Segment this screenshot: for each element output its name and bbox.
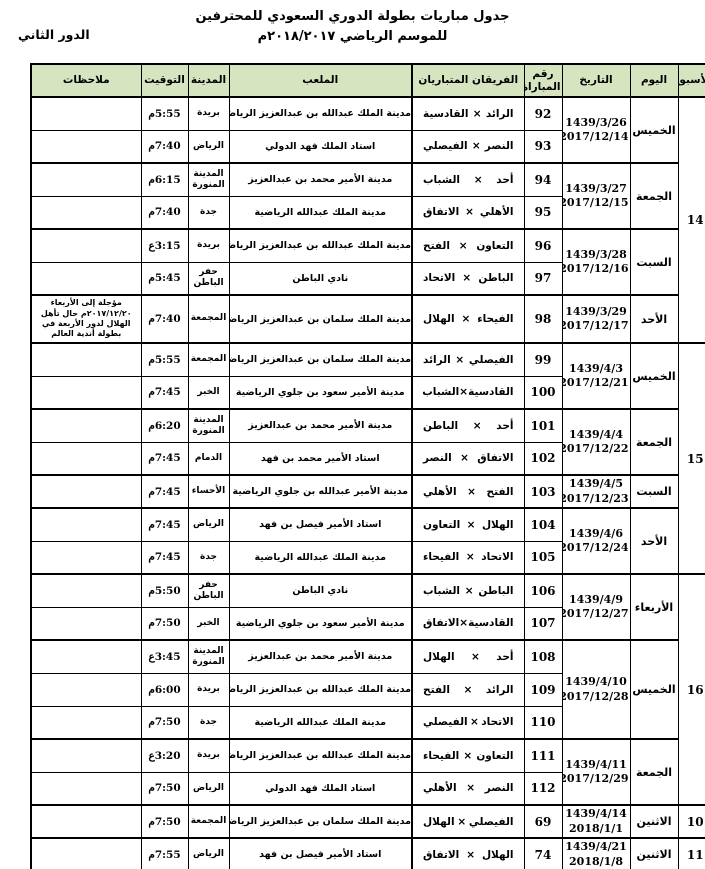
time-cell: 6:20م <box>141 409 188 442</box>
vs-symbol: × <box>465 206 474 218</box>
time-cell: 3:15ع <box>141 229 188 262</box>
teams-pair: الرائد×الفتح <box>414 684 523 696</box>
time-cell: 7:45م <box>141 475 188 508</box>
stadium-cell: استاد الأمير فيصل بن فهد <box>229 838 412 869</box>
gregorian-date: 2017/12/23 <box>564 492 629 506</box>
date-cell: 1439/4/32017/12/21 <box>562 343 630 409</box>
time-cell: 5:55م <box>141 97 188 130</box>
stadium-cell: مدينة الأمير محمد بن عبدالعزيز <box>229 640 412 673</box>
teams-pair: الفيصلي×الهلال <box>414 816 523 828</box>
away-team: الهلال <box>423 816 455 828</box>
home-team: القادسية <box>468 617 513 629</box>
gregorian-date: 2017/12/17 <box>564 319 629 333</box>
time-cell: 7:50م <box>141 772 188 805</box>
city-cell: الخبر <box>188 376 229 409</box>
away-team: الرائد <box>423 354 451 366</box>
stadium-cell: مدينة الملك عبدالله الرياضية <box>229 196 412 229</box>
home-team: القادسية <box>468 386 513 398</box>
time-cell: 5:50م <box>141 574 188 607</box>
date-cell: 1439/4/52017/12/23 <box>562 475 630 508</box>
home-team: الفيحاء <box>477 313 513 325</box>
day-cell: الجمعة <box>630 409 678 475</box>
hijri-date: 1439/4/4 <box>564 428 629 442</box>
teams-cell: الأهلي×الاتفاق <box>412 196 524 229</box>
match-number-cell: 107 <box>524 607 562 640</box>
gregorian-date: 2017/12/28 <box>564 690 629 704</box>
teams-cell: النصر×الأهلي <box>412 772 524 805</box>
time-cell: 7:40م <box>141 295 188 343</box>
day-cell: الأحد <box>630 295 678 343</box>
teams-pair: الأهلي×الاتفاق <box>414 206 523 218</box>
stadium-cell: نادي الباطن <box>229 262 412 295</box>
teams-pair: أحد×الشباب <box>414 174 523 186</box>
stadium-cell: مدينة الملك سلمان بن عبدالعزيز الرياضية <box>229 805 412 838</box>
notes-cell <box>31 838 141 869</box>
notes-cell <box>31 376 141 409</box>
date-cell: 1439/3/282017/12/16 <box>562 229 630 295</box>
notes-cell <box>31 574 141 607</box>
teams-cell: الرائد×القادسية <box>412 97 524 130</box>
match-number-cell: 74 <box>524 838 562 869</box>
match-number-cell: 93 <box>524 130 562 163</box>
notes-cell <box>31 262 141 295</box>
hijri-date: 1439/4/11 <box>564 758 629 772</box>
hijri-date: 1439/3/28 <box>564 248 629 262</box>
stadium-cell: استاد الملك فهد الدولي <box>229 130 412 163</box>
teams-pair: القادسية×الشباب <box>414 386 523 398</box>
gregorian-date: 2018/1/8 <box>564 855 629 869</box>
teams-cell: أحد×الشباب <box>412 163 524 196</box>
time-cell: 7:40م <box>141 196 188 229</box>
match-number-cell: 110 <box>524 706 562 739</box>
teams-cell: القادسية×الشباب <box>412 376 524 409</box>
stadium-cell: نادي الباطن <box>229 574 412 607</box>
match-row: 15الخميس1439/4/32017/12/2199الفيصلي×الرا… <box>31 343 705 376</box>
stadium-cell: مدينة الأمير سعود بن جلوي الرياضية <box>229 607 412 640</box>
match-number-cell: 99 <box>524 343 562 376</box>
hijri-date: 1439/4/3 <box>564 362 629 376</box>
title-line-2: للموسم الرياضي ٢٠١٨/٢٠١٧م <box>0 27 705 47</box>
time-cell: 7:55م <box>141 838 188 869</box>
city-cell: الرياض <box>188 772 229 805</box>
time-cell: 3:45ع <box>141 640 188 673</box>
home-team: الاتفاق <box>477 452 513 464</box>
home-team: الاتحاد <box>481 551 513 563</box>
teams-pair: الباطن×الشباب <box>414 585 523 597</box>
away-team: الأهلي <box>423 782 457 794</box>
teams-cell: الاتحاد×الفيصلي <box>412 706 524 739</box>
stadium-cell: مدينة الأمير عبدالله بن جلوي الرياضية <box>229 475 412 508</box>
day-cell: الأحد <box>630 508 678 574</box>
time-cell: 7:50م <box>141 607 188 640</box>
city-cell: المدينة المنورة <box>188 163 229 196</box>
match-row: السبت1439/3/282017/12/1696التعاون×الفتحم… <box>31 229 705 262</box>
city-cell: المدينة المنورة <box>188 640 229 673</box>
notes-cell <box>31 130 141 163</box>
notes-cell <box>31 706 141 739</box>
vs-symbol: × <box>466 849 475 861</box>
match-number-cell: 109 <box>524 673 562 706</box>
day-cell: الخميس <box>630 640 678 739</box>
teams-pair: الهلال×التعاون <box>414 519 523 531</box>
hijri-date: 1439/4/21 <box>564 840 629 854</box>
header-time: التوقيت <box>141 64 188 97</box>
teams-pair: النصر×الأهلي <box>414 782 523 794</box>
home-team: الرائد <box>486 684 514 696</box>
teams-pair: النصر×الفيصلي <box>414 140 523 152</box>
gregorian-date: 2017/12/22 <box>564 442 629 456</box>
home-team: الباطن <box>478 272 513 284</box>
date-cell: 1439/4/102017/12/28 <box>562 640 630 739</box>
header-row: الأسبوع اليوم التاريخ رقم المباراة الفري… <box>31 64 705 97</box>
week-cell: 11 <box>678 838 705 869</box>
teams-pair: الفيحاء×الهلال <box>414 313 523 325</box>
date-cell: 1439/4/112017/12/29 <box>562 739 630 805</box>
match-row: الجمعة1439/4/112017/12/29111التعاون×الفي… <box>31 739 705 772</box>
date-cell: 1439/3/262017/12/14 <box>562 97 630 163</box>
notes-cell <box>31 475 141 508</box>
gregorian-date: 2017/12/15 <box>564 196 629 210</box>
teams-pair: التعاون×الفيحاء <box>414 750 523 762</box>
away-team: الاتفاق <box>423 849 459 861</box>
time-cell: 7:45م <box>141 541 188 574</box>
round-label: الدور الثاني <box>18 27 90 42</box>
teams-cell: الباطن×الشباب <box>412 574 524 607</box>
city-cell: المجمعة <box>188 343 229 376</box>
hijri-date: 1439/3/27 <box>564 182 629 196</box>
teams-pair: الاتحاد×الفيصلي <box>414 716 523 728</box>
match-number-cell: 101 <box>524 409 562 442</box>
home-team: الباطن <box>478 585 513 597</box>
teams-cell: الاتفاق×النصر <box>412 442 524 475</box>
time-cell: 5:55م <box>141 343 188 376</box>
home-team: الفيصلي <box>469 354 514 366</box>
home-team: التعاون <box>476 240 513 252</box>
match-row: 16الأربعاء1439/4/92017/12/27106الباطن×ال… <box>31 574 705 607</box>
teams-cell: الفيصلي×الهلال <box>412 805 524 838</box>
vs-symbol: × <box>459 386 468 398</box>
match-number-cell: 98 <box>524 295 562 343</box>
time-cell: 7:45م <box>141 376 188 409</box>
notes-cell <box>31 229 141 262</box>
date-cell: 1439/4/42017/12/22 <box>562 409 630 475</box>
vs-symbol: × <box>460 452 469 464</box>
stadium-cell: مدينة الملك عبدالله بن عبدالعزيز الرياضي… <box>229 739 412 772</box>
home-team: الفيصلي <box>469 816 514 828</box>
match-number-cell: 97 <box>524 262 562 295</box>
time-cell: 7:50م <box>141 706 188 739</box>
teams-cell: الهلال×الاتفاق <box>412 838 524 869</box>
time-cell: 7:40م <box>141 130 188 163</box>
teams-pair: القادسية×الاتفاق <box>414 617 523 629</box>
match-row: الأحد1439/3/292017/12/1798الفيحاء×الهلال… <box>31 295 705 343</box>
time-cell: 7:45م <box>141 508 188 541</box>
match-row: 14الخميس1439/3/262017/12/1492الرائد×القا… <box>31 97 705 130</box>
week-cell: 15 <box>678 343 705 574</box>
city-cell: بريدة <box>188 97 229 130</box>
stadium-cell: مدينة الملك عبدالله الرياضية <box>229 706 412 739</box>
notes-cell <box>31 739 141 772</box>
teams-pair: الرائد×القادسية <box>414 108 523 120</box>
vs-symbol: × <box>459 240 468 252</box>
notes-cell <box>31 442 141 475</box>
notes-cell <box>31 163 141 196</box>
vs-symbol: × <box>467 519 476 531</box>
table-header: الأسبوع اليوم التاريخ رقم المباراة الفري… <box>31 64 705 97</box>
match-number-cell: 104 <box>524 508 562 541</box>
notes-cell <box>31 805 141 838</box>
gregorian-date: 2017/12/24 <box>564 541 629 555</box>
teams-cell: الفيحاء×الهلال <box>412 295 524 343</box>
away-team: الاتحاد <box>423 272 455 284</box>
notes-cell <box>31 508 141 541</box>
gregorian-date: 2017/12/16 <box>564 262 629 276</box>
vs-symbol: × <box>466 551 475 563</box>
day-cell: الجمعة <box>630 739 678 805</box>
city-cell: حفر الباطن <box>188 262 229 295</box>
away-team: الهلال <box>423 313 455 325</box>
vs-symbol: × <box>459 617 468 629</box>
match-number-cell: 96 <box>524 229 562 262</box>
gregorian-date: 2017/12/29 <box>564 772 629 786</box>
teams-cell: الباطن×الاتحاد <box>412 262 524 295</box>
match-number-cell: 94 <box>524 163 562 196</box>
hijri-date: 1439/3/26 <box>564 116 629 130</box>
teams-cell: الفيصلي×الرائد <box>412 343 524 376</box>
teams-pair: الفتح×الأهلي <box>414 486 523 498</box>
teams-cell: التعاون×الفيحاء <box>412 739 524 772</box>
match-number-cell: 103 <box>524 475 562 508</box>
gregorian-date: 2017/12/14 <box>564 130 629 144</box>
teams-cell: التعاون×الفتح <box>412 229 524 262</box>
notes-cell <box>31 673 141 706</box>
stadium-cell: مدينة الملك سلمان بن عبدالعزيز الرياضية <box>229 295 412 343</box>
title-line-1: جدول مباريات بطولة الدوري السعودي للمحتر… <box>0 7 705 27</box>
time-cell: 7:45م <box>141 442 188 475</box>
away-team: الاتفاق <box>423 206 459 218</box>
hijri-date: 1439/4/14 <box>564 807 629 821</box>
city-cell: الرياض <box>188 838 229 869</box>
header-stadium: الملعب <box>229 64 412 97</box>
city-cell: الأحساء <box>188 475 229 508</box>
stadium-cell: مدينة الملك عبدالله الرياضية <box>229 541 412 574</box>
vs-symbol: × <box>473 108 482 120</box>
away-team: النصر <box>423 452 452 464</box>
header-date: التاريخ <box>562 64 630 97</box>
away-team: الاتفاق <box>423 617 459 629</box>
teams-cell: الهلال×التعاون <box>412 508 524 541</box>
teams-cell: الاتحاد×الفيحاء <box>412 541 524 574</box>
match-number-cell: 112 <box>524 772 562 805</box>
gregorian-date: 2017/12/21 <box>564 376 629 390</box>
match-row: الجمعة1439/3/272017/12/1594أحد×الشبابمدي… <box>31 163 705 196</box>
teams-cell: الرائد×الفتح <box>412 673 524 706</box>
time-cell: 7:50م <box>141 805 188 838</box>
away-team: الباطن <box>423 420 458 432</box>
header-match-no: رقم المباراة <box>524 64 562 97</box>
stadium-cell: استاد الأمير محمد بن فهد <box>229 442 412 475</box>
match-number-cell: 111 <box>524 739 562 772</box>
time-cell: 6:00م <box>141 673 188 706</box>
teams-cell: أحد×الباطن <box>412 409 524 442</box>
match-row: 11الاثنين1439/4/212018/1/874الهلال×الاتف… <box>31 838 705 869</box>
notes-cell <box>31 343 141 376</box>
day-cell: الجمعة <box>630 163 678 229</box>
home-team: الرائد <box>486 108 514 120</box>
home-team: الاتحاد <box>481 716 513 728</box>
away-team: الفتح <box>423 240 450 252</box>
city-cell: جدة <box>188 706 229 739</box>
away-team: الفيحاء <box>423 551 459 563</box>
teams-pair: الفيصلي×الرائد <box>414 354 523 366</box>
hijri-date: 1439/4/9 <box>564 593 629 607</box>
match-number-cell: 106 <box>524 574 562 607</box>
match-row: الأحد1439/4/62017/12/24104الهلال×التعاون… <box>31 508 705 541</box>
week-cell: 14 <box>678 97 705 343</box>
away-team: الشباب <box>423 174 460 186</box>
date-cell: 1439/4/142018/1/1 <box>562 805 630 838</box>
away-team: الهلال <box>423 651 455 663</box>
teams-pair: أحد×الباطن <box>414 420 523 432</box>
match-number-cell: 69 <box>524 805 562 838</box>
away-team: الأهلي <box>423 486 457 498</box>
day-cell: الخميس <box>630 343 678 409</box>
city-cell: بريدة <box>188 673 229 706</box>
teams-cell: الفتح×الأهلي <box>412 475 524 508</box>
hijri-date: 1439/3/29 <box>564 305 629 319</box>
day-cell: السبت <box>630 475 678 508</box>
notes-cell <box>31 196 141 229</box>
stadium-cell: مدينة الملك عبدالله بن عبدالعزيز الرياضي… <box>229 229 412 262</box>
vs-symbol: × <box>457 816 466 828</box>
match-number-cell: 108 <box>524 640 562 673</box>
date-cell: 1439/3/272017/12/15 <box>562 163 630 229</box>
home-team: الهلال <box>482 519 514 531</box>
schedule-table: الأسبوع اليوم التاريخ رقم المباراة الفري… <box>30 63 705 869</box>
vs-symbol: × <box>465 585 474 597</box>
page: جدول مباريات بطولة الدوري السعودي للمحتر… <box>0 0 705 869</box>
home-team: التعاون <box>476 750 513 762</box>
stadium-cell: مدينة الأمير محمد بن عبدالعزيز <box>229 409 412 442</box>
away-team: الشباب <box>422 386 459 398</box>
time-cell: 5:45م <box>141 262 188 295</box>
notes-cell: مؤجلة إلى الأربعاء ٢٠١٧/١٢/٢٠م حال تأهل … <box>31 295 141 343</box>
vs-symbol: × <box>463 684 472 696</box>
stadium-cell: مدينة الأمير محمد بن عبدالعزيز <box>229 163 412 196</box>
date-cell: 1439/4/62017/12/24 <box>562 508 630 574</box>
notes-cell <box>31 640 141 673</box>
hijri-date: 1439/4/5 <box>564 477 629 491</box>
date-cell: 1439/4/212018/1/8 <box>562 838 630 869</box>
away-team: التعاون <box>423 519 460 531</box>
match-number-cell: 100 <box>524 376 562 409</box>
city-cell: الدمام <box>188 442 229 475</box>
home-team: أحد <box>496 420 513 432</box>
city-cell: الرياض <box>188 130 229 163</box>
city-cell: الرياض <box>188 508 229 541</box>
match-number-cell: 92 <box>524 97 562 130</box>
hijri-date: 1439/4/6 <box>564 527 629 541</box>
away-team: الشباب <box>423 585 460 597</box>
teams-cell: النصر×الفيصلي <box>412 130 524 163</box>
header-city: المدينة <box>188 64 229 97</box>
match-number-cell: 102 <box>524 442 562 475</box>
day-cell: الاثنين <box>630 838 678 869</box>
match-row: السبت1439/4/52017/12/23103الفتح×الأهليمد… <box>31 475 705 508</box>
stadium-cell: مدينة الملك عبدالله بن عبدالعزيز الرياضي… <box>229 97 412 130</box>
city-cell: جدة <box>188 541 229 574</box>
week-cell: 16 <box>678 574 705 805</box>
home-team: النصر <box>485 140 514 152</box>
day-cell: الخميس <box>630 97 678 163</box>
page-title: جدول مباريات بطولة الدوري السعودي للمحتر… <box>0 7 705 46</box>
day-cell: الاثنين <box>630 805 678 838</box>
vs-symbol: × <box>462 313 471 325</box>
city-cell: المجمعة <box>188 805 229 838</box>
header-teams: الفريقان المتباريان <box>412 64 524 97</box>
vs-symbol: × <box>472 140 481 152</box>
stadium-cell: استاد الأمير فيصل بن فهد <box>229 508 412 541</box>
city-cell: جدة <box>188 196 229 229</box>
away-team: القادسية <box>423 108 468 120</box>
gregorian-date: 2018/1/1 <box>564 822 629 836</box>
home-team: الهلال <box>482 849 514 861</box>
city-cell: حفر الباطن <box>188 574 229 607</box>
match-number-cell: 95 <box>524 196 562 229</box>
teams-pair: التعاون×الفتح <box>414 240 523 252</box>
teams-pair: الاتفاق×النصر <box>414 452 523 464</box>
city-cell: الخبر <box>188 607 229 640</box>
home-team: الفتح <box>487 486 514 498</box>
teams-pair: الباطن×الاتحاد <box>414 272 523 284</box>
match-row: الجمعة1439/4/42017/12/22101أحد×الباطنمدي… <box>31 409 705 442</box>
home-team: النصر <box>485 782 514 794</box>
home-team: أحد <box>496 651 513 663</box>
time-cell: 6:15م <box>141 163 188 196</box>
away-team: الفيصلي <box>423 716 468 728</box>
table-body: 14الخميس1439/3/262017/12/1492الرائد×القا… <box>31 97 705 869</box>
match-row: الخميس1439/4/102017/12/28108أحد×الهلالمد… <box>31 640 705 673</box>
city-cell: المدينة المنورة <box>188 409 229 442</box>
away-team: الفيصلي <box>423 140 468 152</box>
vs-symbol: × <box>473 420 482 432</box>
away-team: الفيحاء <box>423 750 459 762</box>
notes-cell <box>31 409 141 442</box>
teams-pair: أحد×الهلال <box>414 651 523 663</box>
stadium-cell: مدينة الملك عبدالله بن عبدالعزيز الرياضي… <box>229 673 412 706</box>
away-team: الفتح <box>423 684 450 696</box>
teams-cell: القادسية×الاتفاق <box>412 607 524 640</box>
header-notes: ملاحظات <box>31 64 141 97</box>
city-cell: بريدة <box>188 739 229 772</box>
vs-symbol: × <box>471 651 480 663</box>
week-cell: 10 <box>678 805 705 838</box>
header-week: الأسبوع <box>678 64 705 97</box>
stadium-cell: مدينة الملك سلمان بن عبدالعزيز الرياضية <box>229 343 412 376</box>
match-number-cell: 105 <box>524 541 562 574</box>
vs-symbol: × <box>466 782 475 794</box>
vs-symbol: × <box>455 354 464 366</box>
stadium-cell: مدينة الأمير سعود بن جلوي الرياضية <box>229 376 412 409</box>
home-team: أحد <box>496 174 513 186</box>
vs-symbol: × <box>467 486 476 498</box>
home-team: الأهلي <box>480 206 514 218</box>
header-day: اليوم <box>630 64 678 97</box>
gregorian-date: 2017/12/27 <box>564 607 629 621</box>
vs-symbol: × <box>474 174 483 186</box>
stadium-cell: استاد الملك فهد الدولي <box>229 772 412 805</box>
city-cell: المجمعة <box>188 295 229 343</box>
